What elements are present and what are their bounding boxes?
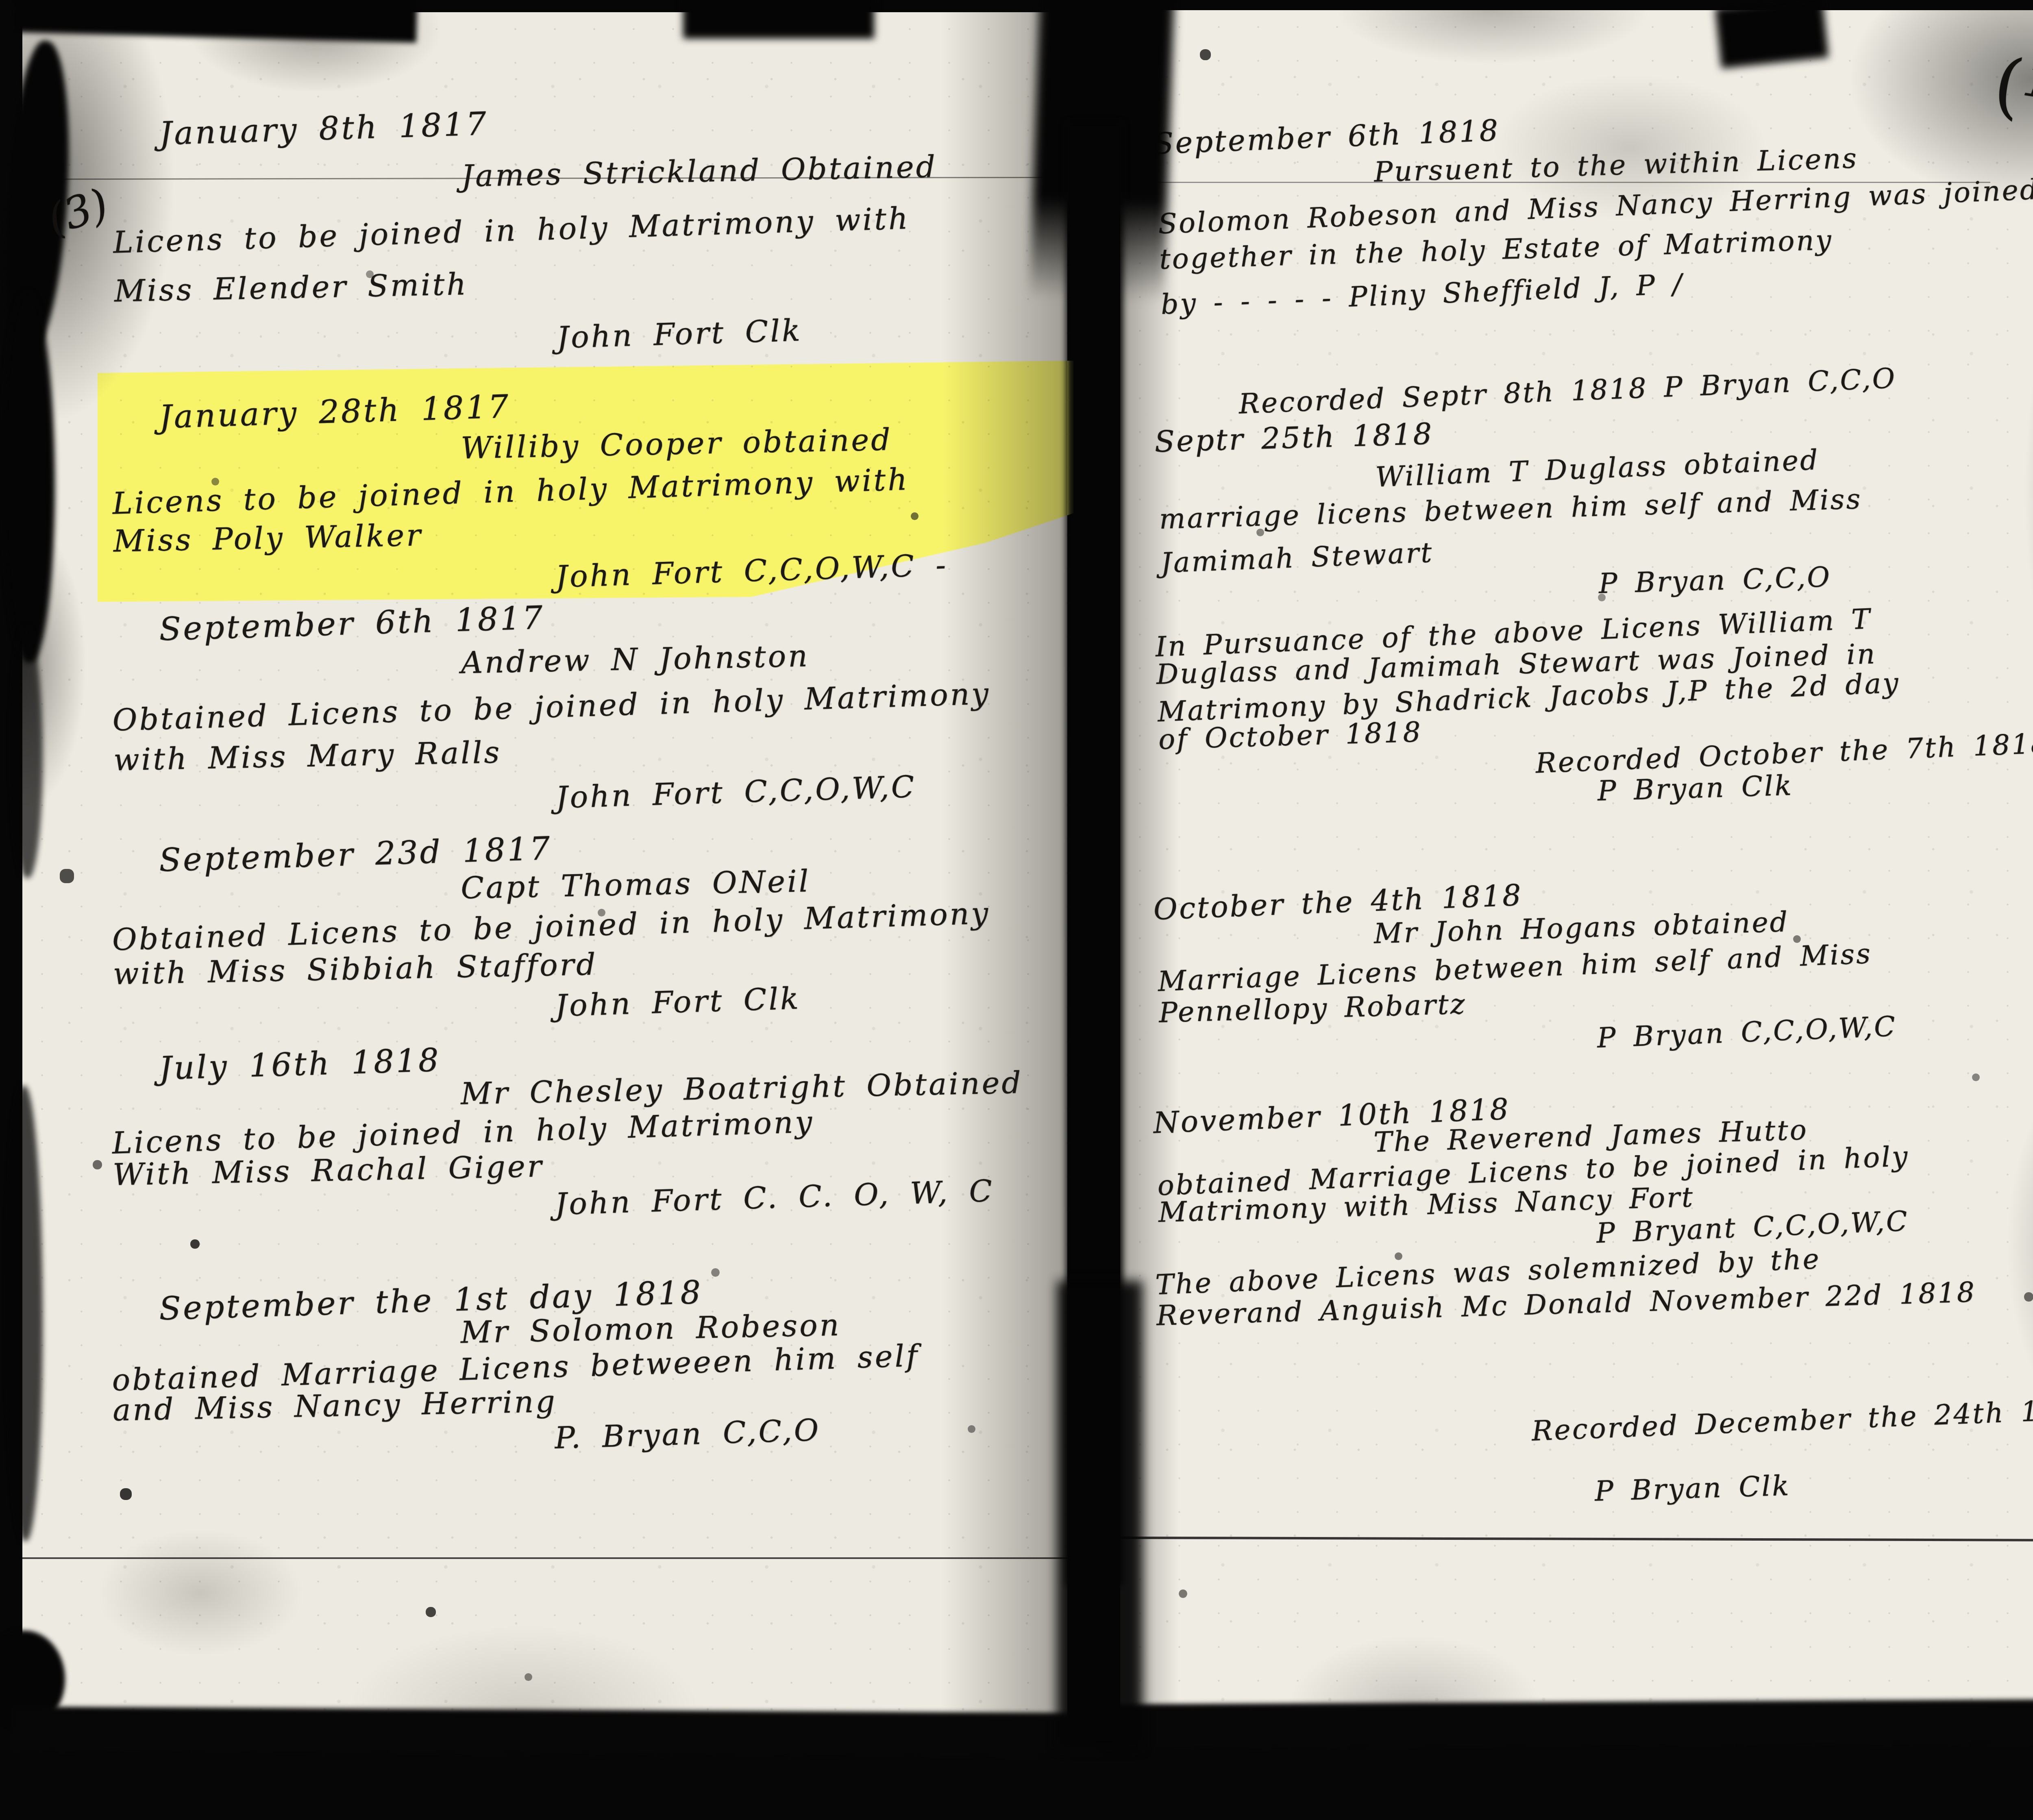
book-gutter-shadow xyxy=(1066,122,1123,1586)
left-page: (3) January 8th 1817James Strickland Obt… xyxy=(22,12,1067,1730)
left-entry-4: September 23d 1817Capt Thomas ONeilObtai… xyxy=(22,816,1072,1037)
left-entry-3: September 6th 1817Andrew N JohnstonObtai… xyxy=(22,582,1073,832)
right-entry-3: In Pursuance of the above Licens William… xyxy=(1120,597,2033,825)
left-entry-6: September the 1st day 1818Mr Solomon Rob… xyxy=(22,1267,1071,1467)
right-entry-4: October the 4th 1818Mr John Hogans obtai… xyxy=(1120,857,2033,1071)
left-entry-2: January 28th 1817Williby Cooper obtained… xyxy=(22,371,1072,610)
right-page: (14 September 6th 1818Pursuent to the wi… xyxy=(1120,10,2033,1726)
page-right-entries: September 6th 1818Pursuent to the within… xyxy=(1120,10,2033,1726)
right-entry-5: November 10th 1818The Reverend James Hut… xyxy=(1120,1073,2033,1264)
left-entry-5: July 16th 1818Mr Chesley Boatright Obtai… xyxy=(22,1025,1071,1234)
register-scan: { "left_page": { "page_number": "(3)", "… xyxy=(0,0,2033,1820)
page-left-entries: January 8th 1817James Strickland Obtaine… xyxy=(22,12,1067,1730)
right-entry-2: Recorded Septr 8th 1818 P Bryan C,C,OSep… xyxy=(1120,354,2033,620)
right-entry-7: Recorded December the 24th 1818P Bryan C… xyxy=(1120,1378,2033,1541)
left-entry-1: January 8th 1817James Strickland Obtaine… xyxy=(22,82,1073,376)
right-entry-1: September 6th 1818Pursuent to the within… xyxy=(1120,89,2033,323)
